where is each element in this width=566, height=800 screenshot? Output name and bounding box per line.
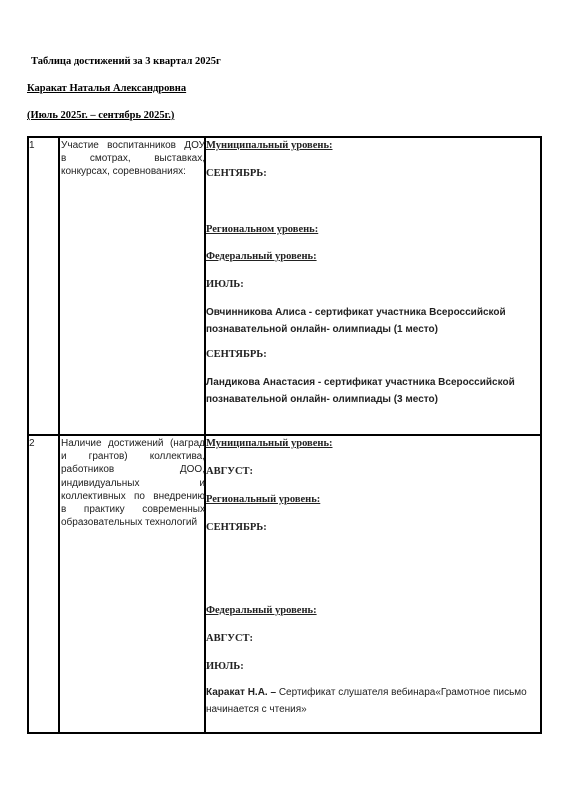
municipal-level-label: Муниципальный уровень: <box>206 437 333 450</box>
month-label: ИЮЛЬ: <box>206 660 244 673</box>
row-description: Участие воспитанников ДОУ в смотрах, выс… <box>61 139 205 179</box>
table-border-bottom <box>27 732 542 734</box>
document-title: Таблица достижений за 3 квартал 2025г <box>31 56 221 67</box>
federal-level-label: Федеральный уровень: <box>206 250 317 263</box>
row-content: Муниципальный уровень: АВГУСТ: Региональ… <box>206 434 536 732</box>
month-label: СЕНТЯБРЬ: <box>206 348 267 361</box>
regional-level-label: Региональном уровень: <box>206 223 318 236</box>
month-label: СЕНТЯБРЬ: <box>206 167 267 180</box>
month-label: АВГУСТ: <box>206 632 253 645</box>
row-description: Наличие достижений (наград и грантов) ко… <box>61 437 205 529</box>
row-content: Муниципальный уровень: СЕНТЯБРЬ: Региона… <box>206 136 536 432</box>
month-label: ИЮЛЬ: <box>206 278 244 291</box>
month-label: СЕНТЯБРЬ: <box>206 521 267 534</box>
achievements-table: 1 Участие воспитанников ДОУ в смотрах, в… <box>27 136 541 733</box>
report-period: (Июль 2025г. – сентябрь 2025г.) <box>27 110 174 121</box>
regional-level-label: Региональный уровень: <box>206 493 320 506</box>
municipal-level-label: Муниципальный уровень: <box>206 139 333 152</box>
achievement-entry: Ландикова Анастасия - сертификат участни… <box>206 374 536 408</box>
row-number: 2 <box>29 437 35 450</box>
entry-person: Каракат Н.А. – <box>206 687 276 698</box>
column-divider-1 <box>58 136 60 734</box>
achievement-entry: Каракат Н.А. – Сертификат слушателя веби… <box>206 684 536 718</box>
person-name: Каракат Наталья Александровна <box>27 83 186 94</box>
achievement-entry: Овчинникова Алиса - сертификат участника… <box>206 304 536 338</box>
month-label: АВГУСТ: <box>206 465 253 478</box>
table-border-right <box>540 136 542 734</box>
federal-level-label: Федеральный уровень: <box>206 604 317 617</box>
row-number: 1 <box>29 139 35 152</box>
table-border-left <box>27 136 29 734</box>
